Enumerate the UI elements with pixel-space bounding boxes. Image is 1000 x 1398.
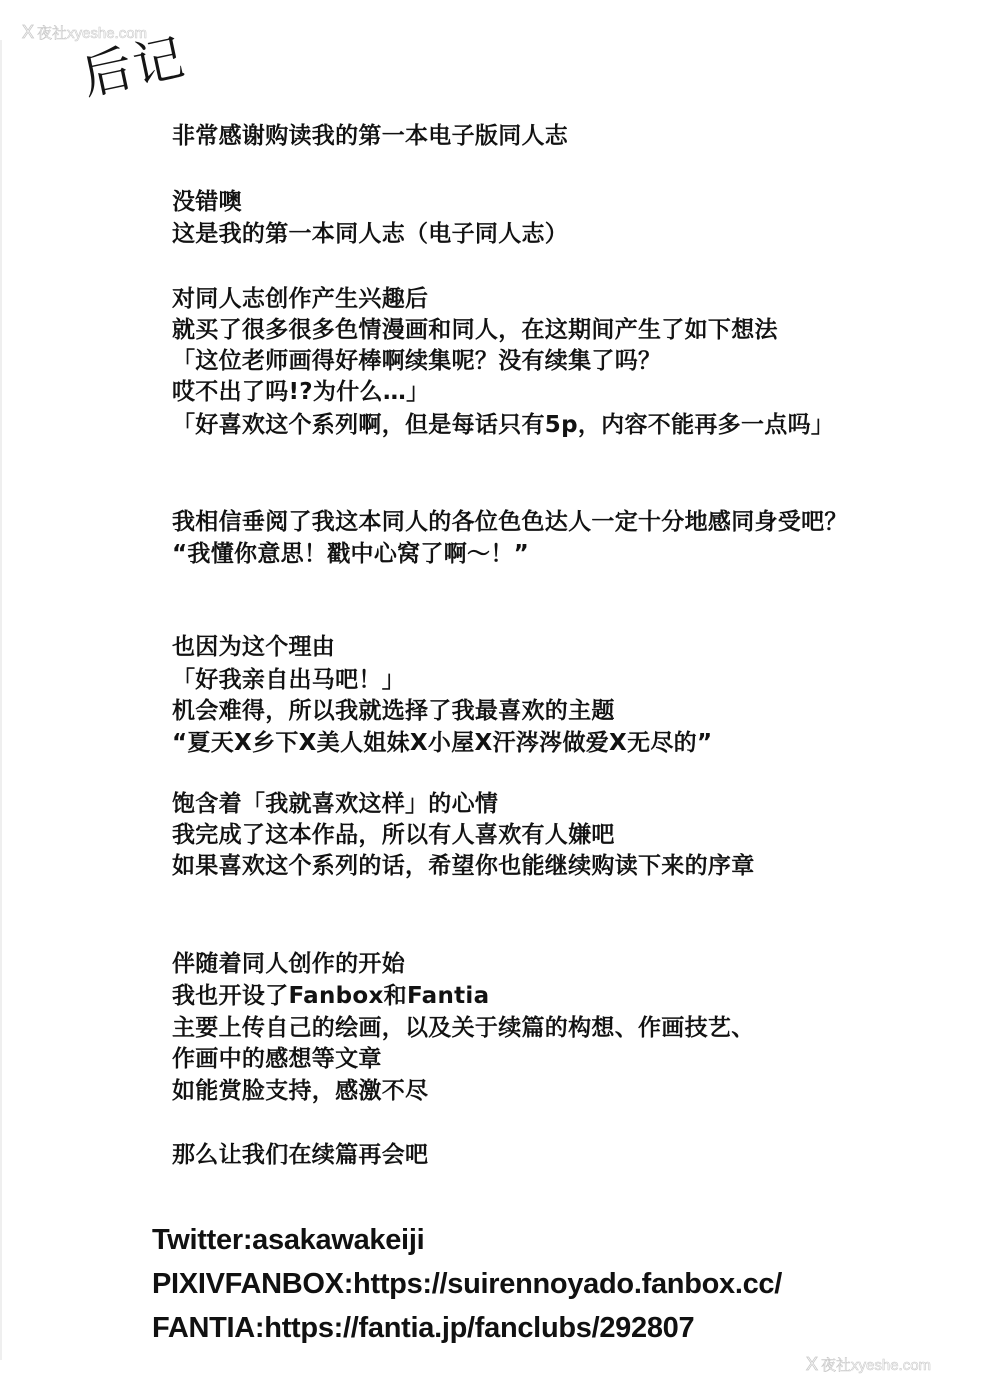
text-line: 那么让我们在续篇再会吧 xyxy=(172,1141,428,1169)
link-label: FANTIA xyxy=(152,1312,255,1344)
text-line: “夏天X乡下X美人姐妹X小屋X汗涔涔做爱X无尽的” xyxy=(172,729,712,757)
text-line: 机会难得，所以我就选择了我最喜欢的主题 xyxy=(172,697,615,725)
text-line: 主要上传自己的绘画，以及关于续篇的构想、作画技艺、 xyxy=(172,1014,755,1042)
text-line: 我相信垂阅了我这本同人的各位色色达人一定十分地感同身受吧？ xyxy=(172,508,848,536)
text-line: 哎不出了吗!?为什么…」 xyxy=(172,378,429,406)
text-line: 「好喜欢这个系列啊，但是每话只有5p，内容不能再多一点吗」 xyxy=(172,411,834,439)
link-value: asakawakeiji xyxy=(252,1224,424,1256)
text-line: 我完成了这本作品，所以有人喜欢有人嫌吧 xyxy=(172,821,615,849)
text-line: 就买了很多很多色情漫画和同人，在这期间产生了如下想法 xyxy=(172,316,778,344)
text-line: 没错噢 xyxy=(172,188,242,216)
link-separator: : xyxy=(243,1224,252,1256)
text-line: 如果喜欢这个系列的话，希望你也能继续购读下来的序章 xyxy=(172,852,755,880)
watermark-logo-icon: X xyxy=(22,22,34,42)
link-separator: : xyxy=(255,1312,264,1344)
text-line: 如能赏脸支持，感激不尽 xyxy=(172,1077,428,1105)
fanbox-link[interactable]: PIXIVFANBOX:https://suirennoyado.fanbox.… xyxy=(152,1268,782,1301)
text-line: 饱含着「我就喜欢这样」的心情 xyxy=(172,790,498,818)
watermark-logo-icon: X xyxy=(806,1354,818,1374)
page-edge xyxy=(0,40,2,1360)
link-value: https://suirennoyado.fanbox.cc/ xyxy=(353,1268,782,1300)
watermark-bottom: X夜社xyeshe.com xyxy=(806,1354,931,1375)
text-line: 对同人志创作产生兴趣后 xyxy=(172,285,428,313)
link-separator: : xyxy=(344,1268,353,1300)
text-line: “我懂你意思！戳中心窝了啊～！” xyxy=(172,540,529,568)
text-line: 这是我的第一本同人志（电子同人志） xyxy=(172,220,568,248)
fantia-link[interactable]: FANTIA:https://fantia.jp/fanclubs/292807 xyxy=(152,1312,694,1345)
watermark-text: 夜社xyeshe.com xyxy=(821,1357,931,1374)
twitter-link[interactable]: Twitter:asakawakeiji xyxy=(152,1224,424,1257)
text-line: 我也开设了Fanbox和Fantia xyxy=(172,982,489,1010)
text-line: 「好我亲自出马吧！」 xyxy=(172,666,405,694)
text-line: 也因为这个理由 xyxy=(172,633,335,661)
text-line: 「这位老师画得好棒啊续集呢？没有续集了吗？ xyxy=(172,347,661,375)
link-label: Twitter xyxy=(152,1224,243,1256)
link-value: https://fantia.jp/fanclubs/292807 xyxy=(264,1312,694,1344)
text-line: 作画中的感想等文章 xyxy=(172,1045,382,1073)
text-line: 非常感谢购读我的第一本电子版同人志 xyxy=(172,122,568,150)
link-label: PIXIVFANBOX xyxy=(152,1268,344,1300)
text-line: 伴随着同人创作的开始 xyxy=(172,950,405,978)
